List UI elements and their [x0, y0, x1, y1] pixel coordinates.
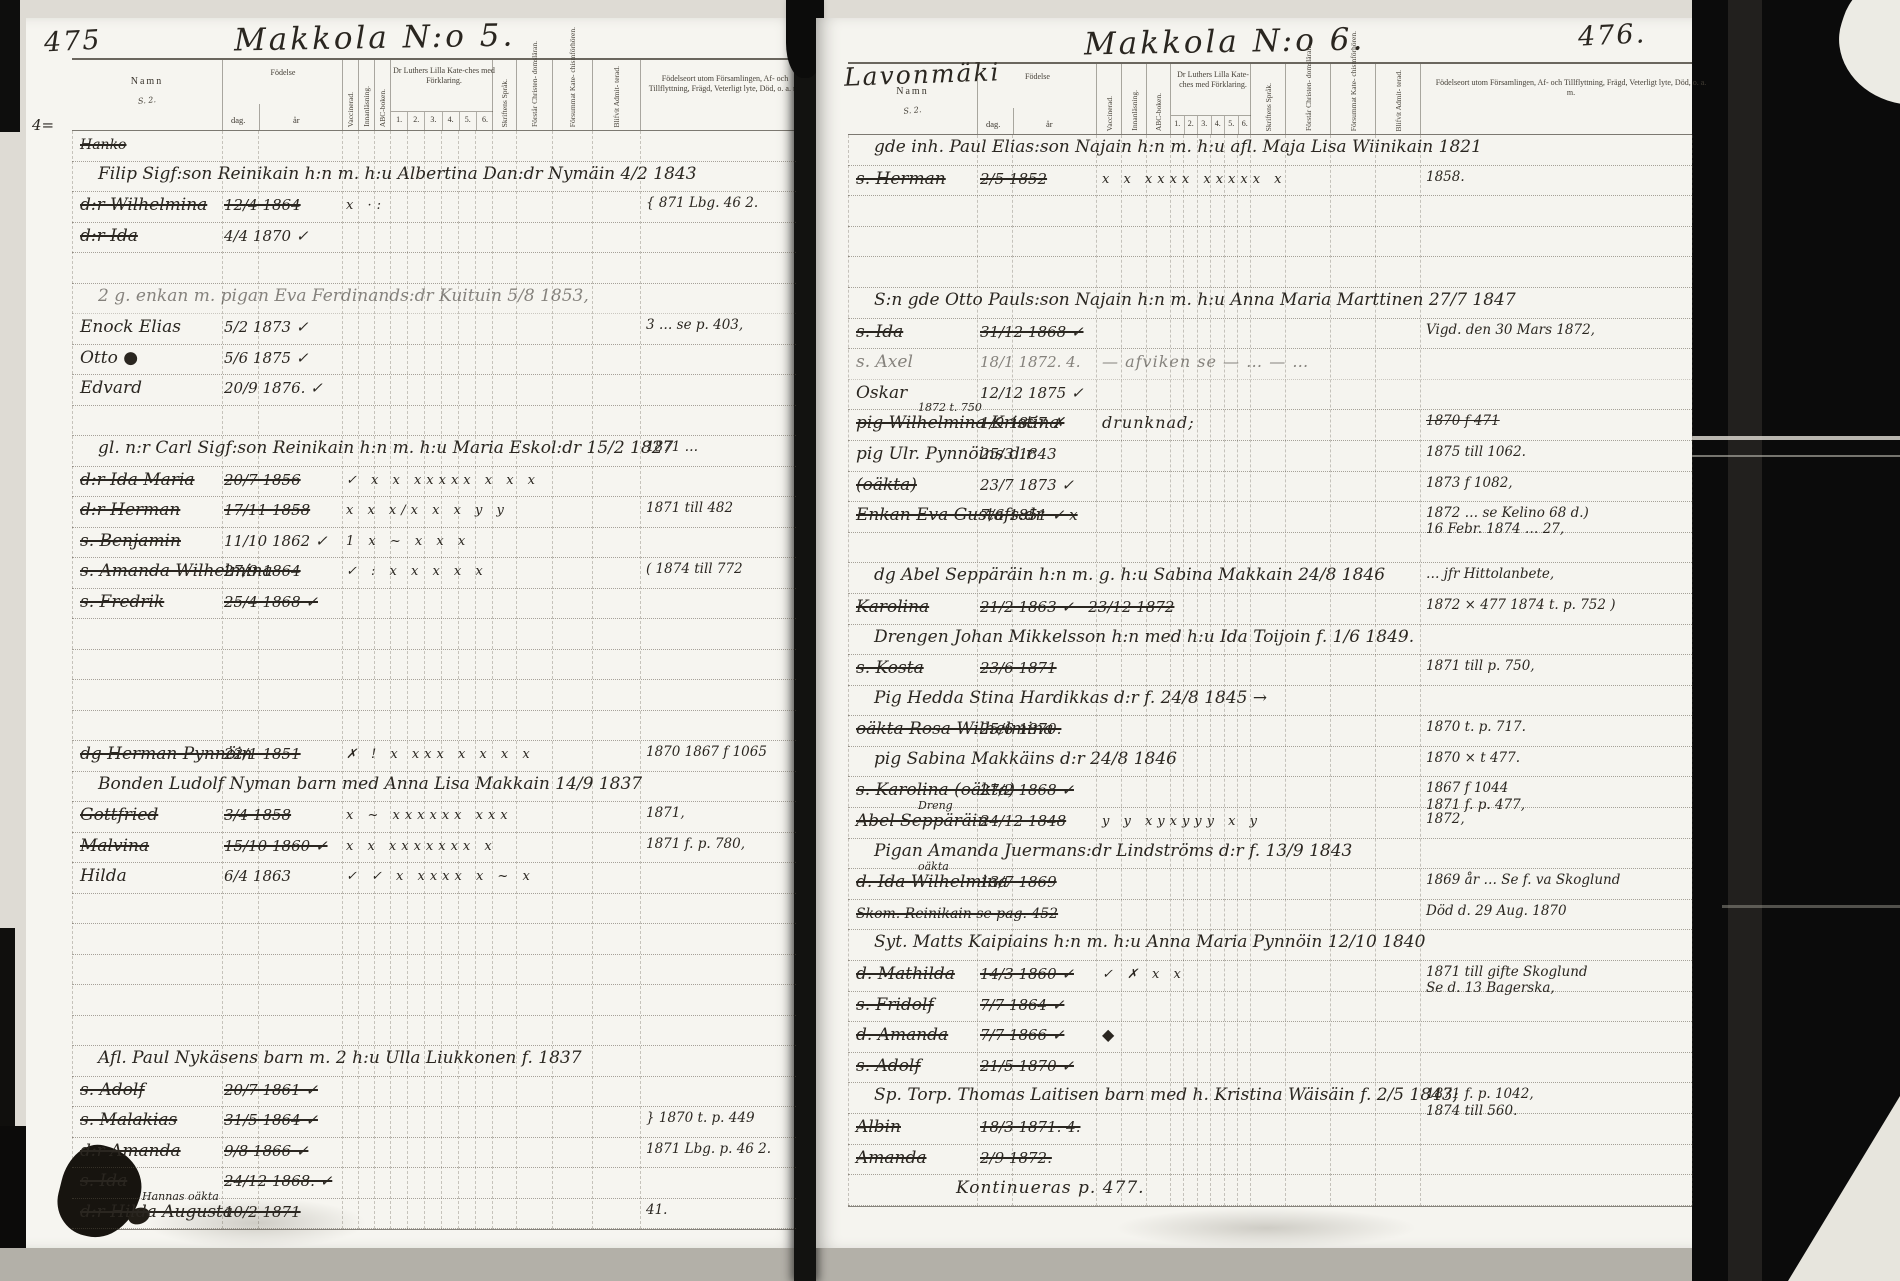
record-row: Abel SeppäräinDreng24/12 1848y y xyxyyy … [848, 808, 1692, 839]
family-header-row: Drengen Johan Mikkelsson h:n med h:u Ida… [848, 625, 1692, 656]
record-row: s. Adolf21/5 1870 ✓ [848, 1053, 1692, 1084]
family-header-text: Pig Hedda Stina Hardikkas d:r f. 24/8 18… [874, 688, 1267, 708]
reading-marks: x ·: [346, 198, 638, 213]
page-title-left: Makkola N:o 5. [234, 18, 516, 59]
namn-script: S. 2. [72, 88, 222, 114]
reading-marks: ✓ ✓ x xxxx x ~ x [346, 869, 638, 884]
col-abcboken: ABC-boken. [1155, 93, 1163, 131]
record-row: Skom. Reinikain se pag. 452Död d. 29 Aug… [848, 900, 1692, 931]
right-page: 476. Makkola N:o 6. Lavonmäki Namn S. 2.… [816, 18, 1692, 1248]
scan-black-band-right [1692, 0, 1900, 1281]
person-name: Gottfried [80, 805, 158, 825]
record-row: s. Kosta23/6 18711871 till p. 750, [848, 655, 1692, 686]
col-forstar-christendomslaran: Förstår Christen- domsläran. [1305, 45, 1313, 131]
family-header-text: Syt. Matts Kaipiains h:n m. h:u Anna Mar… [874, 932, 1425, 952]
blank-row [72, 985, 796, 1016]
birth-date: 10/2 1871 [224, 1203, 301, 1221]
col-dag: dag. [986, 119, 1000, 129]
birth-date: 6/4 1863 [224, 867, 291, 885]
table-body-left: HankoFilip Sigf:son Reinikain h:n m. h:u… [72, 131, 796, 1230]
table-header: Namn S. 2. Födelse dag. år Vaccinerad. I… [72, 58, 796, 131]
record-row: dg Herman Pynnöin22/1 1851✗ ! x xxx x x … [72, 741, 796, 772]
reading-marks: drunknad; [1102, 413, 1418, 432]
record-row: s. Fredrik25/4 1868 ✓ [72, 589, 796, 620]
family-header-text: Sp. Torp. Thomas Laitisen barn med h. Kr… [874, 1085, 1459, 1105]
scan-bottom-strip [0, 1248, 1692, 1281]
person-name: Edvard [80, 378, 142, 398]
person-name: d:r Amanda [80, 1141, 181, 1161]
reading-marks: x x x/x x x y y [346, 503, 638, 518]
record-row: d:r Hilda AugustaHannas oäkta10/2 187141… [72, 1199, 796, 1230]
record-row: d:r Herman17/11 1858x x x/x x x y y1871 … [72, 497, 796, 528]
family-header-row: pig Sabina Makkäins d:r 24/8 18461870 × … [848, 747, 1692, 778]
person-name: d:r Ida Maria [80, 470, 195, 490]
record-row: s. Malakias31/5 1864 ✓} 1870 t. p. 449 [72, 1107, 796, 1138]
record-row: Edvard20/9 1876. ✓ [72, 375, 796, 406]
person-name: s. Fredrik [80, 592, 164, 612]
table-body-right: gde inh. Paul Elias:son Najain h:n m. h:… [848, 135, 1692, 1207]
birth-date: 27/2 1868 ✓ [980, 781, 1074, 799]
reading-marks: — afviken se — … — … [1102, 352, 1418, 371]
record-row: s. Karolina (oäkta)27/2 1868 ✓1867 f 104… [848, 777, 1692, 808]
record-row: s. Ida31/12 1868 ✓Vigd. den 30 Mars 1872… [848, 319, 1692, 350]
family-header-text: S:n gde Otto Pauls:son Najain h:n m. h:u… [874, 290, 1516, 310]
birth-date: 5/6 1875 ✓ [224, 349, 308, 367]
col-fodelse: Födelse [223, 68, 343, 78]
person-name: s. Herman [856, 169, 946, 189]
record-row: d. Mathilda14/3 1860 ✓✓ ✗ x x1871 till g… [848, 961, 1692, 992]
scanned-parish-register: 475 4= Makkola N:o 5. Namn S. 2. Födelse… [0, 0, 1900, 1281]
record-row: Hanko [72, 131, 796, 162]
col-ar: år [293, 115, 300, 125]
family-header-row: gde inh. Paul Elias:son Najain h:n m. h:… [848, 135, 1692, 166]
margin-annotation: 1871 … [646, 439, 794, 455]
col-forsummat-katechism: Försummat Kate- chismförhören. [569, 27, 577, 127]
person-name: s. Malakias [80, 1110, 177, 1130]
family-header-row: Sp. Torp. Thomas Laitisen barn med h. Kr… [848, 1083, 1692, 1114]
person-name: s. Kosta [856, 658, 924, 678]
scan-black-edge [0, 0, 20, 132]
margin-annotation: 1869 år … Se f. va Skoglund [1426, 872, 1688, 888]
col-innanlasning: Innanläsning. [1131, 90, 1139, 131]
birth-date: 31/12 1868 ✓ [980, 323, 1084, 341]
col-vaccinerad: Vaccinerad. [1106, 96, 1114, 131]
record-row: Amanda2/9 1872. [848, 1145, 1692, 1176]
person-name: Karolina [856, 597, 929, 617]
person-name: d:r Herman [80, 500, 180, 520]
margin-annotation: 1871, [646, 805, 794, 821]
record-row: Malvina15/10 1860 ✓x x xxxxxxx x1871 f. … [72, 833, 796, 864]
margin-annotation: … jfr Hittolanbete, [1426, 566, 1688, 582]
blank-row [72, 924, 796, 955]
person-name: s. Ida [856, 322, 903, 342]
family-header-text: 2 g. enkan m. pigan Eva Ferdinands:dr Ku… [98, 286, 589, 306]
superscript-note: Dreng [918, 799, 953, 812]
birth-date: 13/7 1869 [980, 873, 1057, 891]
family-header-row: Filip Sigf:son Reinikain h:n m. h:u Albe… [72, 162, 796, 193]
birth-date: 12/12 1875 ✓ [980, 384, 1084, 402]
record-row: Karolina21/2 1863 ✓ · 23/12 18721872 × 4… [848, 594, 1692, 625]
record-table-left: Namn S. 2. Födelse dag. år Vaccinerad. I… [72, 58, 796, 1230]
birth-date: 20/9 1876. ✓ [224, 379, 323, 397]
birth-date: 15/10 1860 ✓ [224, 837, 328, 855]
column-line [1692, 135, 1693, 1206]
family-header-row: Syt. Matts Kaipiains h:n m. h:u Anna Mar… [848, 930, 1692, 961]
reading-marks: ✓ : x x x x x [346, 564, 638, 579]
margin-note: 4= [32, 116, 54, 134]
person-name: s. Benjamin [80, 531, 181, 551]
family-header-row: 2 g. enkan m. pigan Eva Ferdinands:dr Ku… [72, 284, 796, 315]
birth-date: 14/3 1860 ✓ [980, 965, 1074, 983]
record-row: oäkta Rosa Wilhelmina25/6 1870.1870 t. p… [848, 716, 1692, 747]
person-name: s. Axel [856, 352, 913, 372]
person-name: Hilda [80, 866, 127, 886]
person-name: d. Amanda [856, 1025, 948, 1045]
birth-date: 27/9 1864 [224, 562, 301, 580]
person-name: s. Adolf [80, 1080, 145, 1100]
record-row: s. Fridolf7/7 1864 ✓ [848, 992, 1692, 1023]
birth-date: 7/6 1851 ✓ x [980, 506, 1078, 524]
blank-row [72, 680, 796, 711]
col-blifvit-admitterad: Blifvit Admit- terad. [613, 66, 621, 127]
person-name: Albin [856, 1117, 901, 1137]
family-header-text: Pigan Amanda Juermans:dr Lindströms d:r … [874, 841, 1352, 861]
margin-annotation: 3 … se p. 403, [646, 317, 794, 333]
blank-row [848, 196, 1692, 227]
person-name: Hanko [80, 137, 126, 153]
record-row: d:r Amanda9/8 1866 ✓1871 Lbg. p. 46 2. [72, 1138, 796, 1169]
record-row: Otto ●5/6 1875 ✓ [72, 345, 796, 376]
person-name: d:r Wilhelmina [80, 195, 207, 215]
smudge [1116, 1208, 1416, 1248]
birth-date: 2/5 1852 [980, 170, 1047, 188]
birth-date: 24/12 1848 [980, 812, 1066, 830]
person-name: Skom. Reinikain se pag. 452 [856, 906, 1058, 922]
person-name: s. Fridolf [856, 995, 934, 1015]
margin-annotation: 1872, [1426, 811, 1688, 827]
record-row: Hilda6/4 1863✓ ✓ x xxxx x ~ x [72, 863, 796, 894]
family-header-text: pig Sabina Makkäins d:r 24/8 1846 [874, 749, 1177, 769]
birth-date: 22/1 1851 [224, 745, 301, 763]
margin-annotation: 1870 t. p. 717. [1426, 719, 1688, 735]
margin-annotation: 1871 f. p. 780, [646, 836, 794, 852]
birth-date: 18/3 1871. 4. [980, 1118, 1080, 1136]
blank-row [72, 406, 796, 437]
record-row: d. Ida Wilhelminaoäkta13/7 18691869 år …… [848, 869, 1692, 900]
birth-date: 25/6 1870. [980, 720, 1061, 738]
birth-date: 4/4 1870 ✓ [224, 227, 308, 245]
birth-date: 7/7 1866 ✓ [980, 1026, 1064, 1044]
col-namn: Namn [72, 76, 222, 87]
col-skriftens-sprak: Skriftens Språk. [501, 79, 509, 127]
birth-date: 24/12 1868. ✓ [224, 1172, 332, 1190]
col-namn: Namn [848, 86, 977, 97]
person-name: s. Adolf [856, 1056, 921, 1076]
record-row: Enock Elias5/2 1873 ✓3 … se p. 403, [72, 314, 796, 345]
margin-annotation: Vigd. den 30 Mars 1872, [1426, 322, 1688, 338]
col-dag: dag. [231, 115, 245, 125]
blank-row [848, 533, 1692, 564]
col-innanlasning: Innanläsning. [363, 86, 371, 127]
blank-row [72, 894, 796, 925]
scan-light-wedge [1788, 1096, 1900, 1281]
person-name: (oäkta) [856, 475, 917, 495]
blank-row [848, 1175, 1692, 1206]
family-header-row: Pig Hedda Stina Hardikkas d:r f. 24/8 18… [848, 686, 1692, 717]
page-number-left: 475 [43, 25, 102, 59]
scan-scratch [1692, 455, 1900, 457]
margin-annotation: 1871 Lbg. p. 46 2. [646, 1141, 794, 1157]
family-header-row: gl. n:r Carl Sigf:son Reinikain h:n m. h… [72, 436, 796, 467]
person-name: Malvina [80, 836, 149, 856]
blank-row [848, 227, 1692, 258]
reading-marks: ✓ ✗ x x [1102, 967, 1418, 982]
birth-date: 23/7 1873 ✓ [980, 476, 1074, 494]
birth-date: 31/5 1864 ✓ [224, 1111, 318, 1129]
left-page: 475 4= Makkola N:o 5. Namn S. 2. Födelse… [26, 18, 800, 1248]
record-row: d:r Ida4/4 1870 ✓ [72, 223, 796, 254]
person-name: d. Mathilda [856, 964, 955, 984]
record-row: s. Axel18/1 1872. 4.— afviken se — … — … [848, 349, 1692, 380]
birth-date: 25/3 1843 [980, 445, 1057, 463]
margin-annotation: 1870 × t 477. [1426, 750, 1688, 766]
scan-streak [1728, 0, 1762, 1281]
family-header-row: S:n gde Otto Pauls:son Najain h:n m. h:u… [848, 288, 1692, 319]
birth-date: 21/2 1863 ✓ · 23/12 1872 [980, 598, 1174, 616]
blank-row [72, 955, 796, 986]
family-header-row: dg Abel Seppäräin h:n m. g. h:u Sabina M… [848, 563, 1692, 594]
blank-row [72, 253, 796, 284]
family-header-text: Bonden Ludolf Nyman barn med Anna Lisa M… [98, 774, 642, 794]
record-row: s. Amanda Wilhelmina27/9 1864✓ : x x x x… [72, 558, 796, 589]
family-header-text: Drengen Johan Mikkelsson h:n med h:u Ida… [874, 627, 1414, 647]
page-number-right: 476. [1577, 18, 1647, 53]
birth-date: 12/4 1864 [224, 196, 301, 214]
margin-annotation: 41. [646, 1202, 794, 1218]
person-name: s. Ida [80, 1171, 127, 1191]
table-header: Namn S. 2. Födelse dag. år Vaccinerad. I… [848, 62, 1692, 135]
birth-date: 18/1 1872. 4. [980, 353, 1080, 371]
col-skriftens-sprak: Skriftens Språk. [1265, 83, 1273, 131]
margin-annotation: 1870 f 471 [1426, 413, 1688, 429]
record-table-right: Namn S. 2. Födelse dag. år Vaccinerad. I… [848, 62, 1692, 1207]
record-row: Albin18/3 1871. 4. [848, 1114, 1692, 1145]
birth-date: 21/5 1870 ✓ [980, 1057, 1074, 1075]
record-row: pig Wilhelmina Kristina1872 t. 7501/9 18… [848, 410, 1692, 441]
margin-annotation: 1873 f 1082, [1426, 475, 1688, 491]
reading-marks: ◆ [1102, 1025, 1418, 1044]
person-name: d:r Hilda Augusta [80, 1202, 233, 1222]
person-name: Abel Seppäräin [856, 811, 988, 831]
page-title-right: Makkola N:o 6. [1084, 22, 1366, 63]
birth-date: 17/11 1858 [224, 501, 310, 519]
superscript-note: Hannas oäkta [142, 1190, 219, 1203]
col-luther: Dr Luthers Lilla Kate-ches med Förklarin… [1171, 70, 1255, 90]
superscript-note: 1872 t. 750 [918, 401, 982, 414]
birth-date: 5/2 1873 ✓ [224, 318, 308, 336]
luther-grade-columns: 1.2.3.4.5.6. [1171, 115, 1251, 134]
person-name: Enock Elias [80, 317, 181, 337]
record-row: Gottfried3/4 1858x ~ xxxxxx xxx1871, [72, 802, 796, 833]
record-row: pig Ulr. Pynnöins d:r25/3 18431875 till … [848, 441, 1692, 472]
col-forstar-christendomslaran: Förstår Christen- domsläran. [531, 41, 539, 127]
reading-marks: ✓ x x xxxxx x x x [346, 473, 638, 488]
record-row: s. Herman2/5 1852x x xxxx xxxxx x1858. [848, 166, 1692, 197]
col-fodelseort: Födelseort utom Församlingen, Af- och Ti… [1421, 78, 1721, 98]
reading-marks: x x xxxx xxxxx x [1102, 172, 1418, 187]
family-header-text: Filip Sigf:son Reinikain h:n m. h:u Albe… [98, 164, 697, 184]
record-row: s. Benjamin11/10 1862 ✓1 x ~ x x x [72, 528, 796, 559]
family-header-row: Afl. Paul Nykäsens barn m. 2 h:u Ulla Li… [72, 1046, 796, 1077]
blank-row [72, 619, 796, 650]
record-row: (oäkta)23/7 1873 ✓1873 f 1082, [848, 472, 1692, 503]
luther-grade-columns: 1.2.3.4.5.6. [391, 111, 493, 130]
birth-date: 20/7 1856 [224, 471, 301, 489]
family-header-row: Pigan Amanda Juermans:dr Lindströms d:r … [848, 839, 1692, 870]
blank-row [848, 257, 1692, 288]
col-blifvit-admitterad: Blifvit Admit- terad. [1395, 70, 1403, 131]
superscript-note: oäkta [918, 860, 949, 873]
scan-scratch [1692, 436, 1900, 440]
blank-row [72, 1016, 796, 1047]
birth-date: 25/4 1868 ✓ [224, 593, 318, 611]
margin-annotation: } 1870 t. p. 449 [646, 1110, 794, 1126]
margin-annotation: 1870 1867 f 1065 [646, 744, 794, 760]
record-row: d:r Wilhelmina12/4 1864x ·:{ 871 Lbg. 46… [72, 192, 796, 223]
scan-light-blob [1823, 0, 1900, 126]
margin-annotation: ( 1874 till 772 [646, 561, 794, 577]
scan-scratch [1722, 905, 1900, 908]
birth-date: 7/7 1864 ✓ [980, 996, 1064, 1014]
col-fodelseort: Födelseort utom Församlingen, Af- och Ti… [641, 74, 809, 94]
family-header-row: Bonden Ludolf Nyman barn med Anna Lisa M… [72, 772, 796, 803]
person-name: Otto ● [80, 348, 138, 368]
record-row: d:r Ida Maria20/7 1856✓ x x xxxxx x x x [72, 467, 796, 498]
birth-date: 2/9 1872. [980, 1149, 1052, 1167]
col-fodelse: Födelse [978, 72, 1097, 82]
birth-date: 9/8 1866 ✓ [224, 1142, 308, 1160]
birth-date: 20/7 1861 ✓ [224, 1081, 318, 1099]
col-abcboken: ABC-boken. [379, 89, 387, 127]
birth-date: 23/6 1871 [980, 659, 1057, 677]
blank-row [72, 650, 796, 681]
record-row: s. Adolf20/7 1861 ✓ [72, 1077, 796, 1108]
margin-annotation: { 871 Lbg. 46 2. [646, 195, 794, 211]
family-header-text: dg Abel Seppäräin h:n m. g. h:u Sabina M… [874, 565, 1385, 585]
family-header-text: Afl. Paul Nykäsens barn m. 2 h:u Ulla Li… [98, 1048, 582, 1068]
col-vaccinerad: Vaccinerad. [347, 92, 355, 127]
family-header-text: gl. n:r Carl Sigf:son Reinikain h:n m. h… [98, 438, 673, 458]
margin-annotation: 1871 till 482 [646, 500, 794, 516]
birth-date: 3/4 1858 [224, 806, 291, 824]
blank-row [72, 711, 796, 742]
margin-annotation: Död d. 29 Aug. 1870 [1426, 903, 1688, 919]
namn-script: S. 2. [848, 99, 977, 122]
reading-marks: 1 x ~ x x x [346, 534, 638, 549]
person-name: Amanda [856, 1148, 927, 1168]
reading-marks: x x xxxxxxx x [346, 839, 638, 854]
record-row: Enkan Eva Gustafs:dr7/6 1851 ✓ x1872 … s… [848, 502, 1692, 533]
margin-annotation: 1871 till p. 750, [1426, 658, 1688, 674]
reading-marks: x ~ xxxxxx xxx [346, 808, 638, 823]
person-name: d:r Ida [80, 226, 138, 246]
birth-date: 1/9 1857 ✗ [980, 414, 1064, 432]
book-spine [794, 0, 816, 1281]
family-header-text: gde inh. Paul Elias:son Najain h:n m. h:… [874, 137, 1482, 157]
record-row: d. Amanda7/7 1866 ✓◆ [848, 1022, 1692, 1053]
person-name: Oskar [856, 383, 907, 403]
birth-date: 11/10 1862 ✓ [224, 532, 328, 550]
margin-annotation: 1872 × 477 1874 t. p. 752 ) [1426, 597, 1688, 613]
col-luther: Dr Luthers Lilla Kate-ches med Förklarin… [391, 66, 497, 86]
margin-annotation: 1875 till 1062. [1426, 444, 1688, 460]
reading-marks: ✗ ! x xxx x x x x [346, 747, 638, 762]
reading-marks: y y xyxyyy x y [1102, 814, 1418, 829]
col-forsummat-katechism: Försummat Kate- chismförhören. [1350, 31, 1358, 131]
col-ar: år [1046, 119, 1053, 129]
margin-annotation: 1858. [1426, 169, 1688, 185]
